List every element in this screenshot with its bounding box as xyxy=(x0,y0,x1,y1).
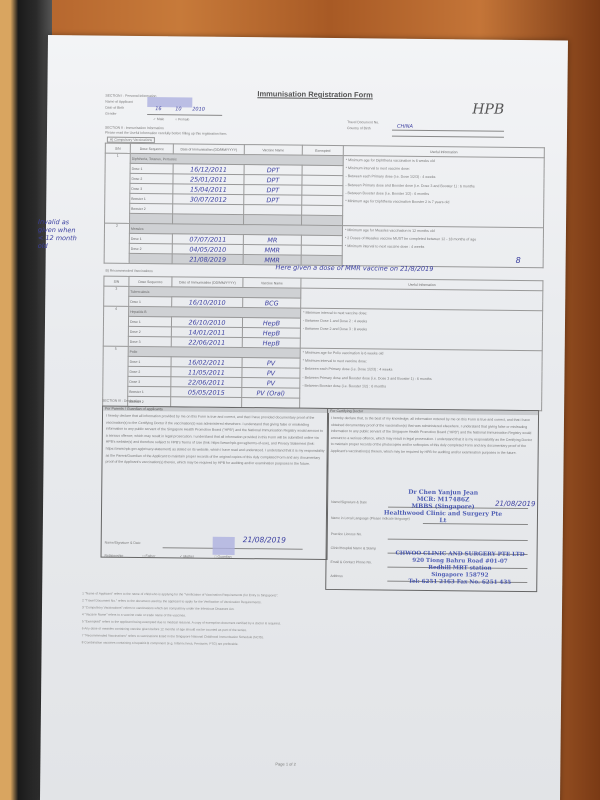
section2-instruction: Please read the Useful Information caref… xyxy=(105,131,227,137)
email-label: Email & Contact Phone No. xyxy=(330,560,371,565)
form-title: Immunisation Registration Form xyxy=(257,89,373,99)
license-label: Practice License No. xyxy=(331,532,362,537)
doctor-stamp: Dr Chen Yanjun Jean MCR: M17486Z MBBS (S… xyxy=(383,489,503,525)
gender-label: Gender xyxy=(105,112,116,117)
name-label: Name of Applicant xyxy=(105,100,133,105)
travel-doc-label: Travel Document No. xyxy=(347,120,379,125)
parent-sign-label: Name/Signature & Date xyxy=(105,541,141,546)
relationship-father[interactable]: □ Father xyxy=(143,554,156,559)
dob-day[interactable]: 16 xyxy=(155,106,161,112)
address-label: Address xyxy=(330,574,342,579)
relationship-guardian[interactable]: □ Guardian xyxy=(215,555,232,560)
relationship-mother[interactable]: ✓ Mother xyxy=(180,554,194,559)
clinic-label: Clinic/Hospital Name & Stamp xyxy=(331,546,376,551)
gender-male-option[interactable]: ✓ Male xyxy=(153,117,164,122)
parent-sign-date[interactable]: 21/08/2019 xyxy=(243,535,286,544)
page-number: Page 1 of 2 xyxy=(275,761,296,766)
dob-label: Date of Birth xyxy=(105,106,124,111)
measles-mark: 8 xyxy=(516,256,521,265)
doctor-sign-date[interactable]: 21/08/2019 xyxy=(495,500,535,508)
recommended-title: B) Recommended Vaccinations xyxy=(106,269,153,274)
margin-note: Invalid as given when < 12 month old xyxy=(38,218,78,250)
footnotes: 1 "Name of Applicant" refers to the name… xyxy=(82,590,553,651)
recommended-vaccinations-table: S/N Dose Sequence Date of Immunisation (… xyxy=(102,276,543,412)
doctor-sign-label: Name/Signature & Date xyxy=(331,500,367,505)
hpb-logo: HPB xyxy=(472,101,504,117)
gender-female-option[interactable]: ○ Female xyxy=(175,117,189,122)
compulsory-vaccinations-table: S/N Dose Sequence Date of Immunisation (… xyxy=(104,143,545,269)
measles-useful-info: * Minimum age for Measles vaccination is… xyxy=(342,226,543,268)
section3-heading: SECTION III : Declaration xyxy=(102,399,141,404)
hepb-useful-info: * Minimum interval to next vaccine dose:… xyxy=(300,308,542,351)
dpt-useful-info: * Minimum age for Diphtheria vaccination… xyxy=(343,156,545,228)
clinic-stamp: CHWOO CLINIC AND SURGERY PTE LTD 920 Tio… xyxy=(392,551,527,587)
measles-note: Here given a dose of MMR vaccine on 21/8… xyxy=(276,263,434,273)
dob-month[interactable]: 10 xyxy=(175,106,181,112)
dob-year[interactable]: 2010 xyxy=(192,107,205,113)
polio-useful-info: * Minimum age for Polio vaccination is 6… xyxy=(300,348,543,411)
redacted-signature xyxy=(213,537,235,555)
relationship-label: Relationship xyxy=(105,554,124,559)
registration-form-paper: Immunisation Registration Form HPB SECTI… xyxy=(40,35,568,800)
country-label: Country of Birth xyxy=(347,126,371,131)
redacted-name xyxy=(147,97,192,107)
